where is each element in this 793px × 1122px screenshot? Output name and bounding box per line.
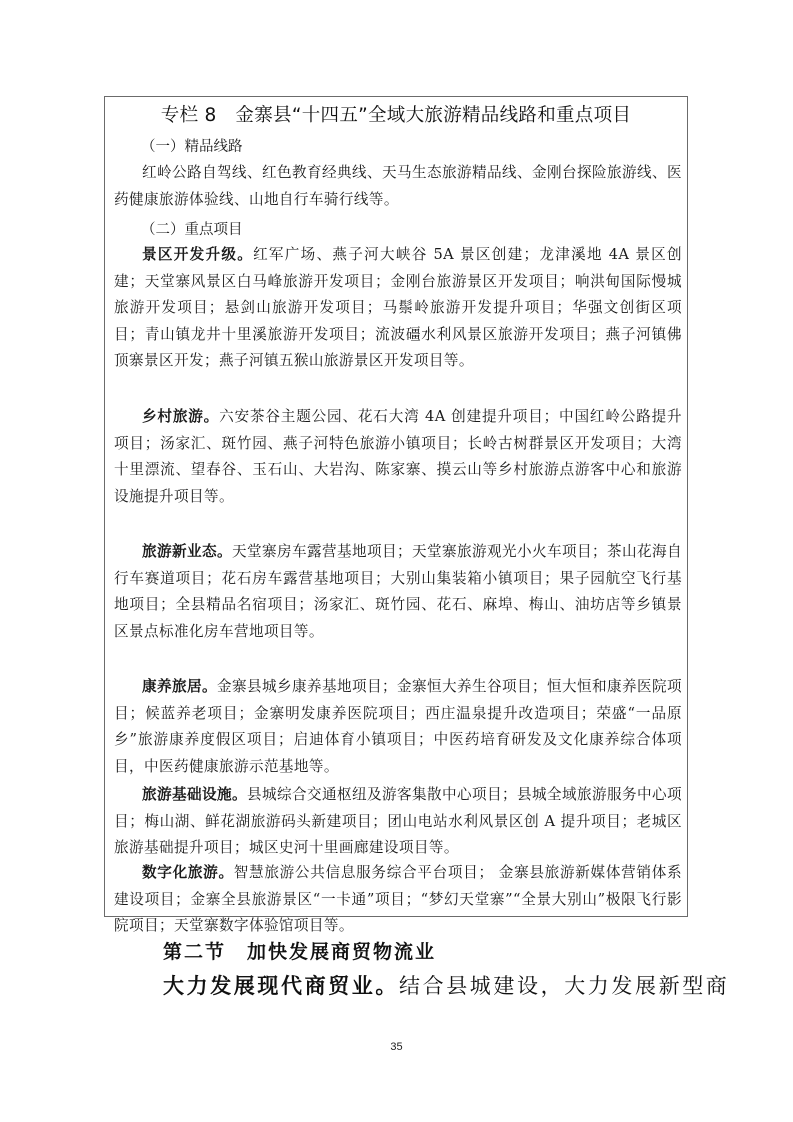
- item-label: 康养旅居。: [142, 678, 217, 695]
- item-label: 乡村旅游。: [142, 408, 219, 425]
- subheading-boutique-routes: （一）精品线路: [141, 135, 243, 156]
- paragraph-scenic-upgrade: 景区开发升级。红军广场、燕子河大峡谷 5A 景区创建；龙津溪地 4A 景区创建；…: [114, 242, 682, 375]
- body-paragraph: 大力发展现代商贸业。结合县城建设，大力发展新型商: [163, 970, 729, 1000]
- paragraph-digital-tourism: 数字化旅游。智慧旅游公共信息服务综合平台项目； 金寨县旅游新媒体营销体系建设项目…: [114, 860, 682, 940]
- body-bold-lead: 大力发展现代商贸业。: [163, 974, 399, 998]
- paragraph-rural-tourism: 乡村旅游。六安茶谷主题公园、花石大湾 4A 创建提升项目；中国红岭公路提升项目；…: [114, 404, 682, 510]
- paragraph-new-formats: 旅游新业态。天堂寨房车露营基地项目；天堂寨旅游观光小火车项目；茶山花海自行车赛道…: [114, 539, 682, 645]
- box-title: 专栏 8 金寨县“十四五”全域大旅游精品线路和重点项目: [105, 101, 687, 127]
- subheading-key-projects: （二）重点项目: [141, 218, 243, 239]
- paragraph-wellness: 康养旅居。金寨县城乡康养基地项目；金寨恒大养生谷项目；恒大恒和康养医院项目；候蓝…: [114, 674, 682, 780]
- feature-box: 专栏 8 金寨县“十四五”全域大旅游精品线路和重点项目 （一）精品线路 红岭公路…: [104, 96, 688, 917]
- body-text: 结合县城建设，大力发展新型商: [399, 974, 729, 998]
- item-label: 旅游基础设施。: [142, 786, 247, 803]
- item-label: 景区开发升级。: [142, 246, 253, 263]
- paragraph-boutique-routes: 红岭公路自驾线、红色教育经典线、天马生态旅游精品线、金刚台探险旅游线、医药健康旅…: [114, 160, 682, 213]
- item-label: 旅游新业态。: [142, 543, 232, 560]
- item-label: 数字化旅游。: [142, 864, 234, 881]
- paragraph-infrastructure: 旅游基础设施。县城综合交通枢纽及游客集散中心项目；县城全域旅游服务中心项目；梅山…: [114, 782, 682, 862]
- page-number: 35: [0, 1041, 793, 1053]
- section-heading: 第二节 加快发展商贸物流业: [163, 937, 436, 964]
- item-text: 红军广场、燕子河大峡谷 5A 景区创建；龙津溪地 4A 景区创建；天堂寨风景区白…: [114, 246, 682, 369]
